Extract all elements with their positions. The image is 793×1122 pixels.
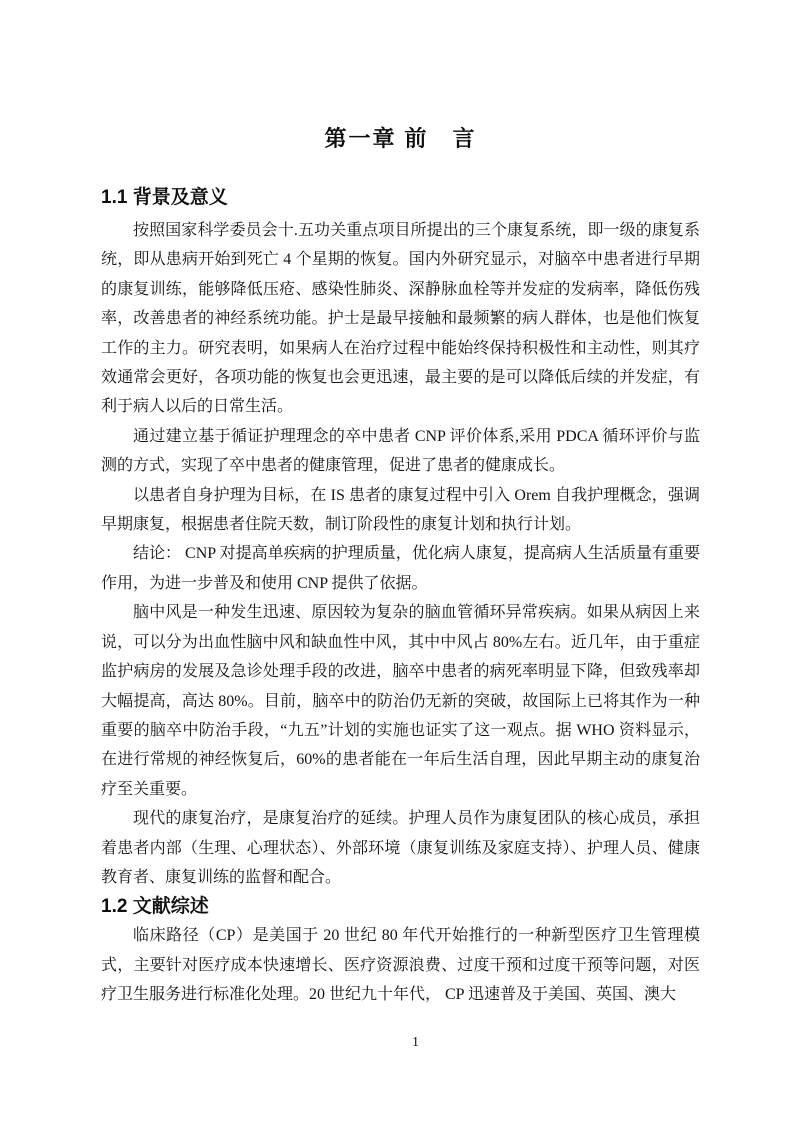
paragraph: 按照国家科学委员会十.五功关重点项目所提出的三个康复系统，即一级的康复系统，即从… bbox=[101, 216, 700, 422]
paragraph: 通过建立基于循证护理理念的卒中患者 CNP 评价体系,采用 PDCA 循环评价与… bbox=[101, 422, 700, 481]
section-heading-1-2: 1.2 文献综述 bbox=[101, 892, 700, 921]
document-page: 第一章 前 言 1.1 背景及意义 按照国家科学委员会十.五功关重点项目所提出的… bbox=[0, 0, 793, 1122]
paragraph: 临床路径（CP）是美国于 20 世纪 80 年代开始推行的一种新型医疗卫生管理模… bbox=[101, 921, 700, 1009]
paragraph: 现代的康复治疗，是康复治疗的延续。护理人员作为康复团队的核心成员，承担着患者内部… bbox=[101, 804, 700, 892]
page-number: 1 bbox=[412, 1034, 419, 1052]
section-heading-1-1: 1.1 背景及意义 bbox=[101, 183, 700, 212]
paragraph: 脑中风是一种发生迅速、原因较为复杂的脑血管循环异常疾病。如果从病因上来说，可以分… bbox=[101, 598, 700, 804]
paragraph: 以患者自身护理为目标，在 IS 患者的康复过程中引入 Orem 自我护理概念，强… bbox=[101, 481, 700, 540]
text-column: 第一章 前 言 1.1 背景及意义 按照国家科学委员会十.五功关重点项目所提出的… bbox=[101, 0, 700, 1010]
paragraph: 结论： CNP 对提高单疾病的护理质量，优化病人康复，提高病人生活质量有重要作用… bbox=[101, 539, 700, 598]
chapter-title: 第一章 前 言 bbox=[101, 0, 700, 154]
